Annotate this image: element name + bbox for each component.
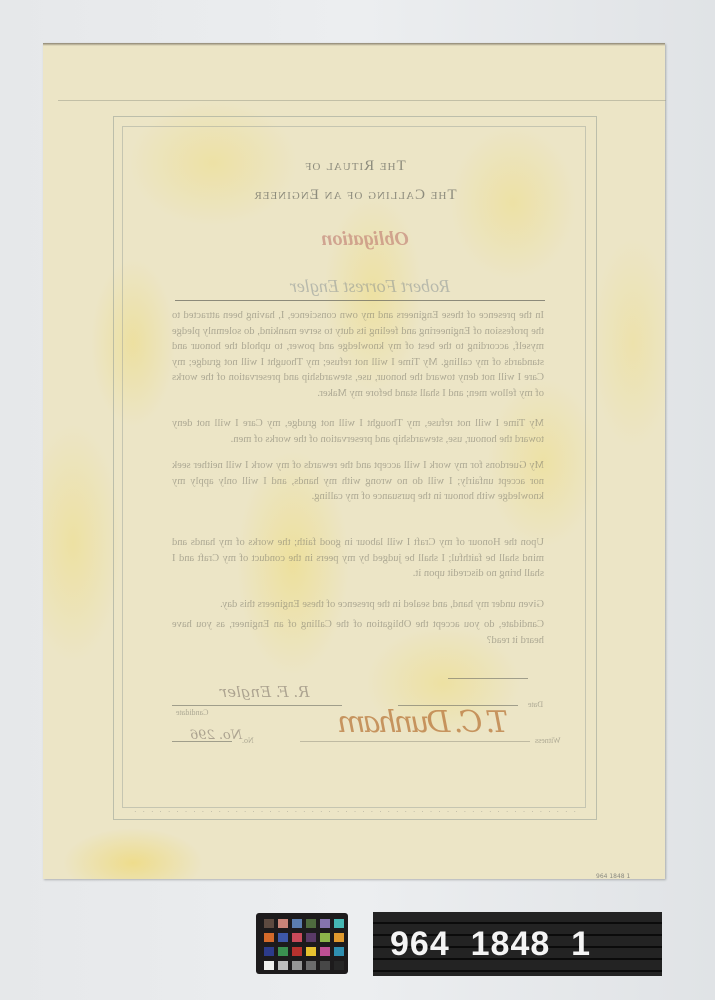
date-label-text: Date xyxy=(528,700,543,709)
candidate-label-text: Candidate xyxy=(176,708,208,717)
witness-label: Witness xyxy=(535,736,560,745)
color-swatch xyxy=(264,933,274,942)
color-swatch xyxy=(292,919,302,928)
candidate-label: Candidate xyxy=(176,708,208,717)
paragraph-4-text: Upon the Honour of my Craft I will labou… xyxy=(172,535,544,582)
color-swatch xyxy=(306,961,316,970)
color-swatch xyxy=(264,947,274,956)
accession-number: 964 1848 1 xyxy=(390,927,591,961)
candidate-signature-text: R. F. Engler xyxy=(220,683,310,701)
color-swatch xyxy=(292,961,302,970)
witness-line xyxy=(300,741,530,742)
document-title-line-1: The Ritual of xyxy=(160,158,550,175)
candidate-name-handwritten: Robert Forrest Engler xyxy=(270,276,470,297)
witness-label-text: Witness xyxy=(535,736,560,745)
sheet-edge-shadow xyxy=(43,43,665,46)
number-label: No. xyxy=(242,736,254,745)
name-rule-line xyxy=(175,300,545,301)
catalog-number-pencil: 964 1848 1 xyxy=(596,873,630,880)
color-swatch xyxy=(306,947,316,956)
paragraph-5-text: Given under my hand, and sealed in the p… xyxy=(172,597,544,613)
title-line-1-text: The Ritual of xyxy=(160,158,550,175)
witness-signature: T. C. Dunham xyxy=(298,705,508,745)
paragraph-1-text: In the presence of these Engineers and m… xyxy=(172,308,544,402)
color-swatch xyxy=(278,961,288,970)
outer-rule-line xyxy=(58,100,666,101)
number-label-text: No. xyxy=(242,736,254,745)
upper-right-rule xyxy=(448,678,528,679)
candidate-name-text: Robert Forrest Engler xyxy=(270,276,470,297)
obligation-paragraph-6: Candidate, do you accept the Obligation … xyxy=(172,617,544,648)
title-line-2-text: The Calling of an Engineer xyxy=(160,187,550,204)
color-swatch xyxy=(278,947,288,956)
paragraph-6-text: Candidate, do you accept the Obligation … xyxy=(172,617,544,648)
accession-number-board: 964 1848 1 xyxy=(373,912,662,976)
color-swatch xyxy=(320,933,330,942)
color-swatch xyxy=(292,933,302,942)
obligation-paragraph-4: Upon the Honour of my Craft I will labou… xyxy=(172,535,544,582)
candidate-signature: R. F. Engler xyxy=(220,683,310,701)
obligation-heading: Obligation xyxy=(250,228,480,251)
date-label: Date xyxy=(528,700,543,709)
color-checker-card xyxy=(256,913,348,974)
document-title-line-2: The Calling of an Engineer xyxy=(160,187,550,204)
obligation-paragraph-1: In the presence of these Engineers and m… xyxy=(172,308,544,402)
color-swatch xyxy=(334,933,344,942)
color-swatch xyxy=(320,961,330,970)
color-swatch xyxy=(306,919,316,928)
number-handwritten: No. 296 xyxy=(190,728,242,743)
obligation-paragraph-5: Given under my hand, and sealed in the p… xyxy=(172,597,544,613)
color-swatch xyxy=(320,919,330,928)
color-swatch xyxy=(264,919,274,928)
frame-border-text: · · · · · · · · · · · · · · · · · · · · … xyxy=(115,808,593,816)
color-swatch xyxy=(278,919,288,928)
frame-border-ornament: · · · · · · · · · · · · · · · · · · · · … xyxy=(115,808,593,818)
color-swatch xyxy=(306,933,316,942)
color-swatch xyxy=(292,947,302,956)
paragraph-3-text: My Guerdons for my work I will accept an… xyxy=(172,458,544,505)
number-handwritten-text: No. 296 xyxy=(190,728,242,743)
color-swatch xyxy=(278,933,288,942)
color-swatch xyxy=(334,947,344,956)
obligation-paragraph-2: My Time I will not refuse, my Thought I … xyxy=(172,416,544,447)
color-swatch xyxy=(264,961,274,970)
obligation-heading-text: Obligation xyxy=(250,228,480,251)
paragraph-2-text: My Time I will not refuse, my Thought I … xyxy=(172,416,544,447)
color-swatch xyxy=(320,947,330,956)
color-swatch xyxy=(334,919,344,928)
obligation-paragraph-3: My Guerdons for my work I will accept an… xyxy=(172,458,544,505)
color-swatch xyxy=(334,961,344,970)
witness-signature-text: T. C. Dunham xyxy=(298,705,508,740)
